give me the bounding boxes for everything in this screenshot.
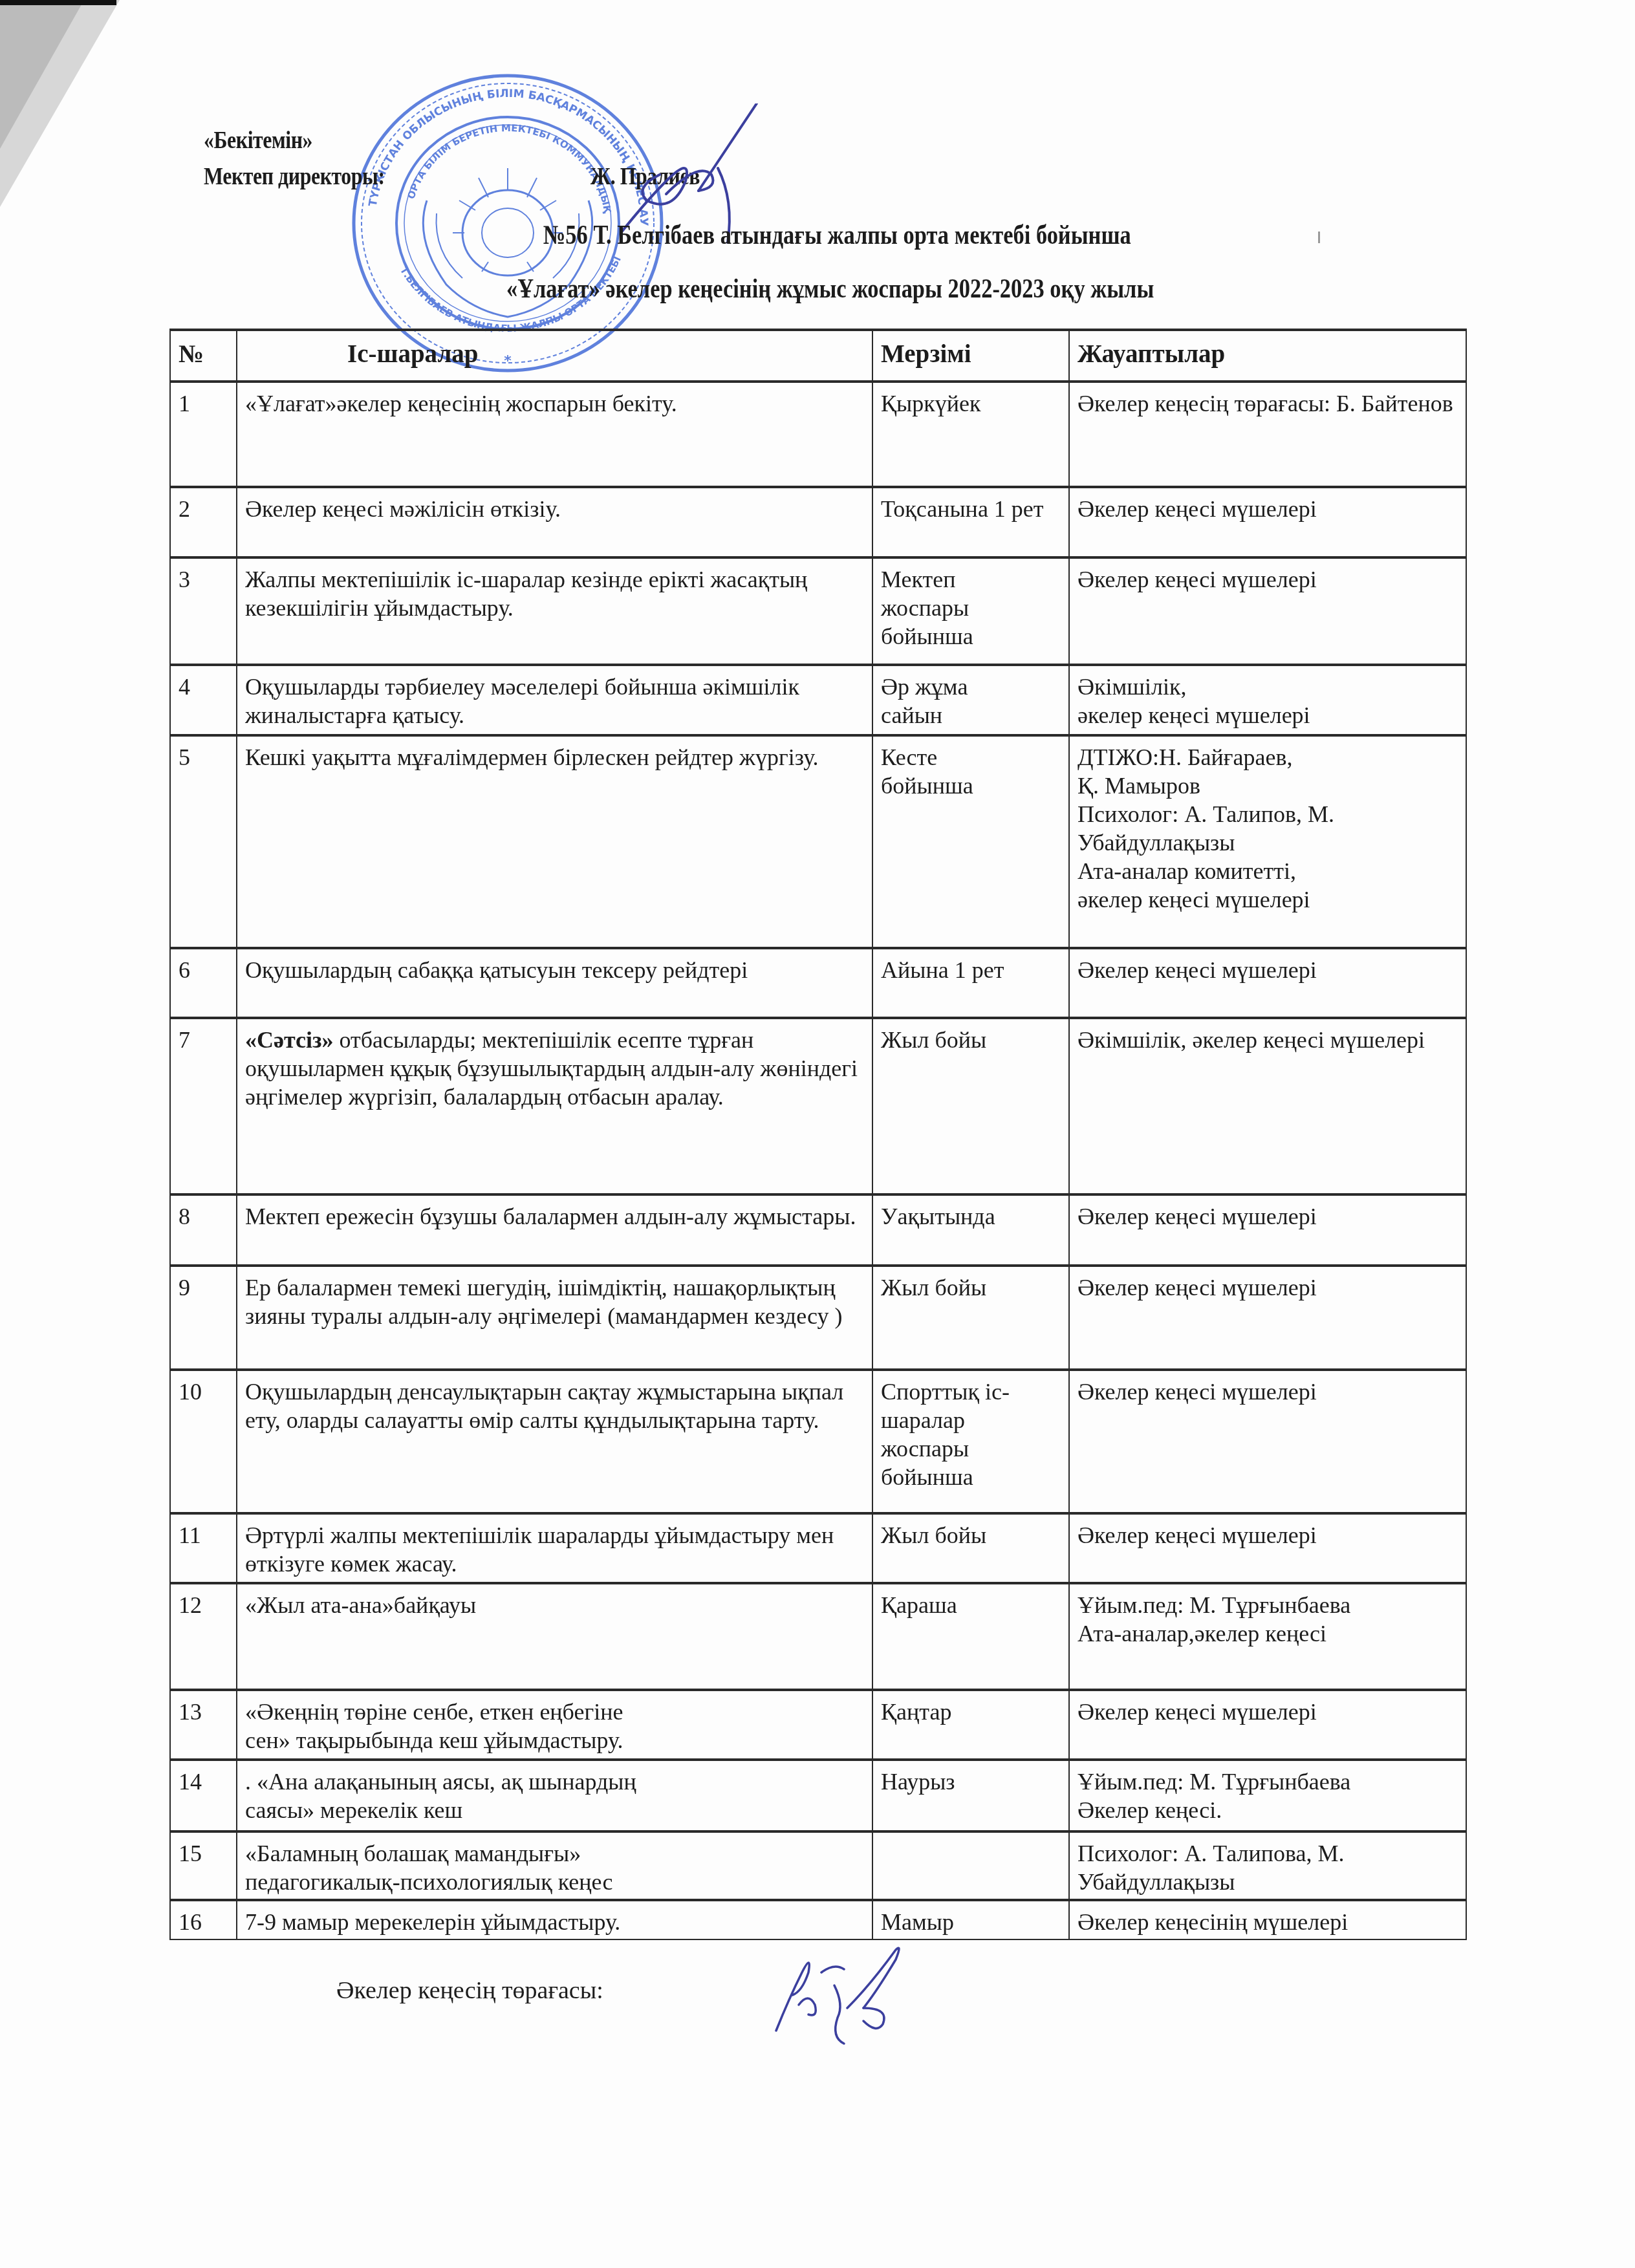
row-activity: Әртүрлі жалпы мектепішілік шараларды ұйы…: [237, 1513, 872, 1583]
table-row: 8Мектеп ережесін бұзушы балалармен алдын…: [170, 1194, 1466, 1266]
row-number: 8: [170, 1194, 237, 1266]
table-row: 13«Әкеңнің төріне сенбе, еткен еңбегіне …: [170, 1690, 1466, 1760]
row-deadline: Уақытында: [872, 1194, 1069, 1266]
row-responsible: Әкелер кеңесі мүшелері: [1069, 1194, 1466, 1266]
row-deadline: Қыркүйек: [872, 382, 1069, 487]
row-responsible: Әкелер кеңесі мүшелері: [1069, 1690, 1466, 1760]
row-deadline: Мамыр: [872, 1900, 1069, 1939]
row-number: 6: [170, 948, 237, 1018]
row-deadline: Тоқсанына 1 рет: [872, 487, 1069, 557]
row-deadline: Жыл бойы: [872, 1513, 1069, 1583]
row-number: 10: [170, 1370, 237, 1513]
row-deadline: Жыл бойы: [872, 1018, 1069, 1194]
approve-label: «Бекітемін»: [204, 123, 385, 159]
row-activity: Ер балалармен темекі шегудің, ішімдіктің…: [237, 1266, 872, 1370]
table-row: 2Әкелер кеңесі мәжілісін өткізіу.Тоқсаны…: [170, 487, 1466, 557]
row-deadline: Спорттық іс- шаралар жоспары бойынша: [872, 1370, 1069, 1513]
table-row: 3Жалпы мектепішілік іс-шаралар кезінде е…: [170, 557, 1466, 665]
row-responsible: Ұйым.пед: М. Тұрғынбаева Ата-аналар,әкел…: [1069, 1583, 1466, 1690]
row-responsible: Әкімшілік, әкелер кеңесі мүшелері: [1069, 665, 1466, 735]
document-title-line2: «Ұлағат» әкелер кеңесінің жұмыс жоспары …: [0, 274, 1635, 305]
chair-signature-icon: [773, 1947, 954, 2050]
row-deadline: Наурыз: [872, 1760, 1069, 1831]
row-responsible: Ұйым.пед: М. Тұрғынбаева Әкелер кеңесі.: [1069, 1760, 1466, 1831]
row-number: 14: [170, 1760, 237, 1831]
row-activity: Кешкі уақытта мұғалімдермен бірлескен ре…: [237, 735, 872, 948]
row-activity: . «Ана алақанының аясы, ақ шынардың саяс…: [237, 1760, 872, 1831]
svg-text:ОРТА БІЛІМ БЕРЕТІН МЕКТЕБІ КОМ: ОРТА БІЛІМ БЕРЕТІН МЕКТЕБІ КОММУНАЛДЫҚ: [406, 122, 614, 215]
row-responsible: Әкелер кеңесі мүшелері: [1069, 948, 1466, 1018]
table-row: 167-9 мамыр мерекелерін ұйымдастыру.Мамы…: [170, 1900, 1466, 1939]
activity-emphasis: «Сәтсіз»: [245, 1027, 334, 1053]
row-activity: Оқушылардың денсаулықтарын сақтау жұмыст…: [237, 1370, 872, 1513]
table-row: 9Ер балалармен темекі шегудің, ішімдікті…: [170, 1266, 1466, 1370]
table-row: 11Әртүрлі жалпы мектепішілік шараларды ұ…: [170, 1513, 1466, 1583]
row-activity: Оқушылардың сабаққа қатысуын тексеру рей…: [237, 948, 872, 1018]
row-responsible: Әкелер кеңесі мүшелері: [1069, 1266, 1466, 1370]
row-number: 16: [170, 1900, 237, 1939]
row-responsible: Әкелер кеңесің төрағасы: Б. Байтенов: [1069, 382, 1466, 487]
header-deadline: Мерзімі: [872, 330, 1069, 382]
table-row: 15«Баламның болашақ мамандығы» педагогик…: [170, 1831, 1466, 1900]
work-plan-table: № Іс-шаралар Мерзімі Жауаптылар 1«Ұлағат…: [169, 329, 1467, 1940]
row-activity: 7-9 мамыр мерекелерін ұйымдастыру.: [237, 1900, 872, 1939]
row-activity: «Сәтсіз» отбасыларды; мектепішілік есепт…: [237, 1018, 872, 1194]
row-responsible: Әкелер кеңесі мүшелері: [1069, 557, 1466, 665]
row-number: 4: [170, 665, 237, 735]
header-activities: Іс-шаралар: [237, 330, 872, 382]
row-responsible: Әкелер кеңесі мүшелері: [1069, 1513, 1466, 1583]
activity-text: отбасыларды; мектепішілік есепте тұрған …: [245, 1027, 858, 1110]
row-number: 9: [170, 1266, 237, 1370]
table-row: 14. «Ана алақанының аясы, ақ шынардың са…: [170, 1760, 1466, 1831]
row-activity: «Баламның болашақ мамандығы» педагогикал…: [237, 1831, 872, 1900]
row-deadline: Қараша: [872, 1583, 1069, 1690]
header-number: №: [170, 330, 237, 382]
row-deadline: Кесте бойынша: [872, 735, 1069, 948]
chair-label: Әкелер кеңесің төрағасы:: [336, 1976, 603, 2005]
row-responsible: Психолог: А. Талипова, М. Убайдуллақызы: [1069, 1831, 1466, 1900]
row-number: 12: [170, 1583, 237, 1690]
row-responsible: Әкімшілік, әкелер кеңесі мүшелері: [1069, 1018, 1466, 1194]
row-number: 1: [170, 382, 237, 487]
row-activity: Оқушыларды тәрбиелеу мәселелері бойынша …: [237, 665, 872, 735]
row-responsible: ДТІЖО:Н. Байғараев, Қ. Мамыров Психолог:…: [1069, 735, 1466, 948]
row-activity: «Әкеңнің төріне сенбе, еткен еңбегіне се…: [237, 1690, 872, 1760]
table-row: 10Оқушылардың денсаулықтарын сақтау жұмы…: [170, 1370, 1466, 1513]
row-number: 5: [170, 735, 237, 948]
row-number: 2: [170, 487, 237, 557]
row-number: 3: [170, 557, 237, 665]
row-activity: «Ұлағат»әкелер кеңесінің жоспарын бекіту…: [237, 382, 872, 487]
row-responsible: Әкелер кеңесі мүшелері: [1069, 487, 1466, 557]
row-activity: «Жыл ата-ана»байқауы: [237, 1583, 872, 1690]
scan-corner-edge: [0, 0, 116, 5]
table-row: 12«Жыл ата-ана»байқауыҚарашаҰйым.пед: М.…: [170, 1583, 1466, 1690]
table-row: 7«Сәтсіз» отбасыларды; мектепішілік есеп…: [170, 1018, 1466, 1194]
row-activity: Әкелер кеңесі мәжілісін өткізіу.: [237, 487, 872, 557]
approval-block: «Бекітемін» Мектеп директоры: Ж. Пралиев: [204, 123, 385, 195]
table-header-row: № Іс-шаралар Мерзімі Жауаптылар: [170, 330, 1466, 382]
row-deadline: Айына 1 рет: [872, 948, 1069, 1018]
table-row: 4Оқушыларды тәрбиелеу мәселелері бойынша…: [170, 665, 1466, 735]
row-deadline: [872, 1831, 1069, 1900]
scan-corner-shadow-inner: [0, 0, 84, 149]
table-row: 6Оқушылардың сабаққа қатысуын тексеру ре…: [170, 948, 1466, 1018]
row-responsible: Әкелер кеңесі мүшелері: [1069, 1370, 1466, 1513]
row-activity: Жалпы мектепішілік іс-шаралар кезінде ер…: [237, 557, 872, 665]
header-responsible: Жауаптылар: [1069, 330, 1466, 382]
table-row: 1«Ұлағат»әкелер кеңесінің жоспарын бекіт…: [170, 382, 1466, 487]
row-deadline: Мектеп жоспары бойынша: [872, 557, 1069, 665]
row-responsible: Әкелер кеңесінің мүшелері: [1069, 1900, 1466, 1939]
row-deadline: Жыл бойы: [872, 1266, 1069, 1370]
row-number: 11: [170, 1513, 237, 1583]
row-number: 13: [170, 1690, 237, 1760]
row-activity: Мектеп ережесін бұзушы балалармен алдын-…: [237, 1194, 872, 1266]
scan-mark: [1318, 232, 1320, 243]
row-deadline: Әр жұма сайын: [872, 665, 1069, 735]
document-title-line1: №56 Т. Белгібаев атындағы жалпы орта мек…: [0, 220, 1635, 251]
table-row: 5Кешкі уақытта мұғалімдермен бірлескен р…: [170, 735, 1466, 948]
director-label: Мектеп директоры:: [204, 159, 385, 195]
row-deadline: Қаңтар: [872, 1690, 1069, 1760]
row-number: 7: [170, 1018, 237, 1194]
row-number: 15: [170, 1831, 237, 1900]
